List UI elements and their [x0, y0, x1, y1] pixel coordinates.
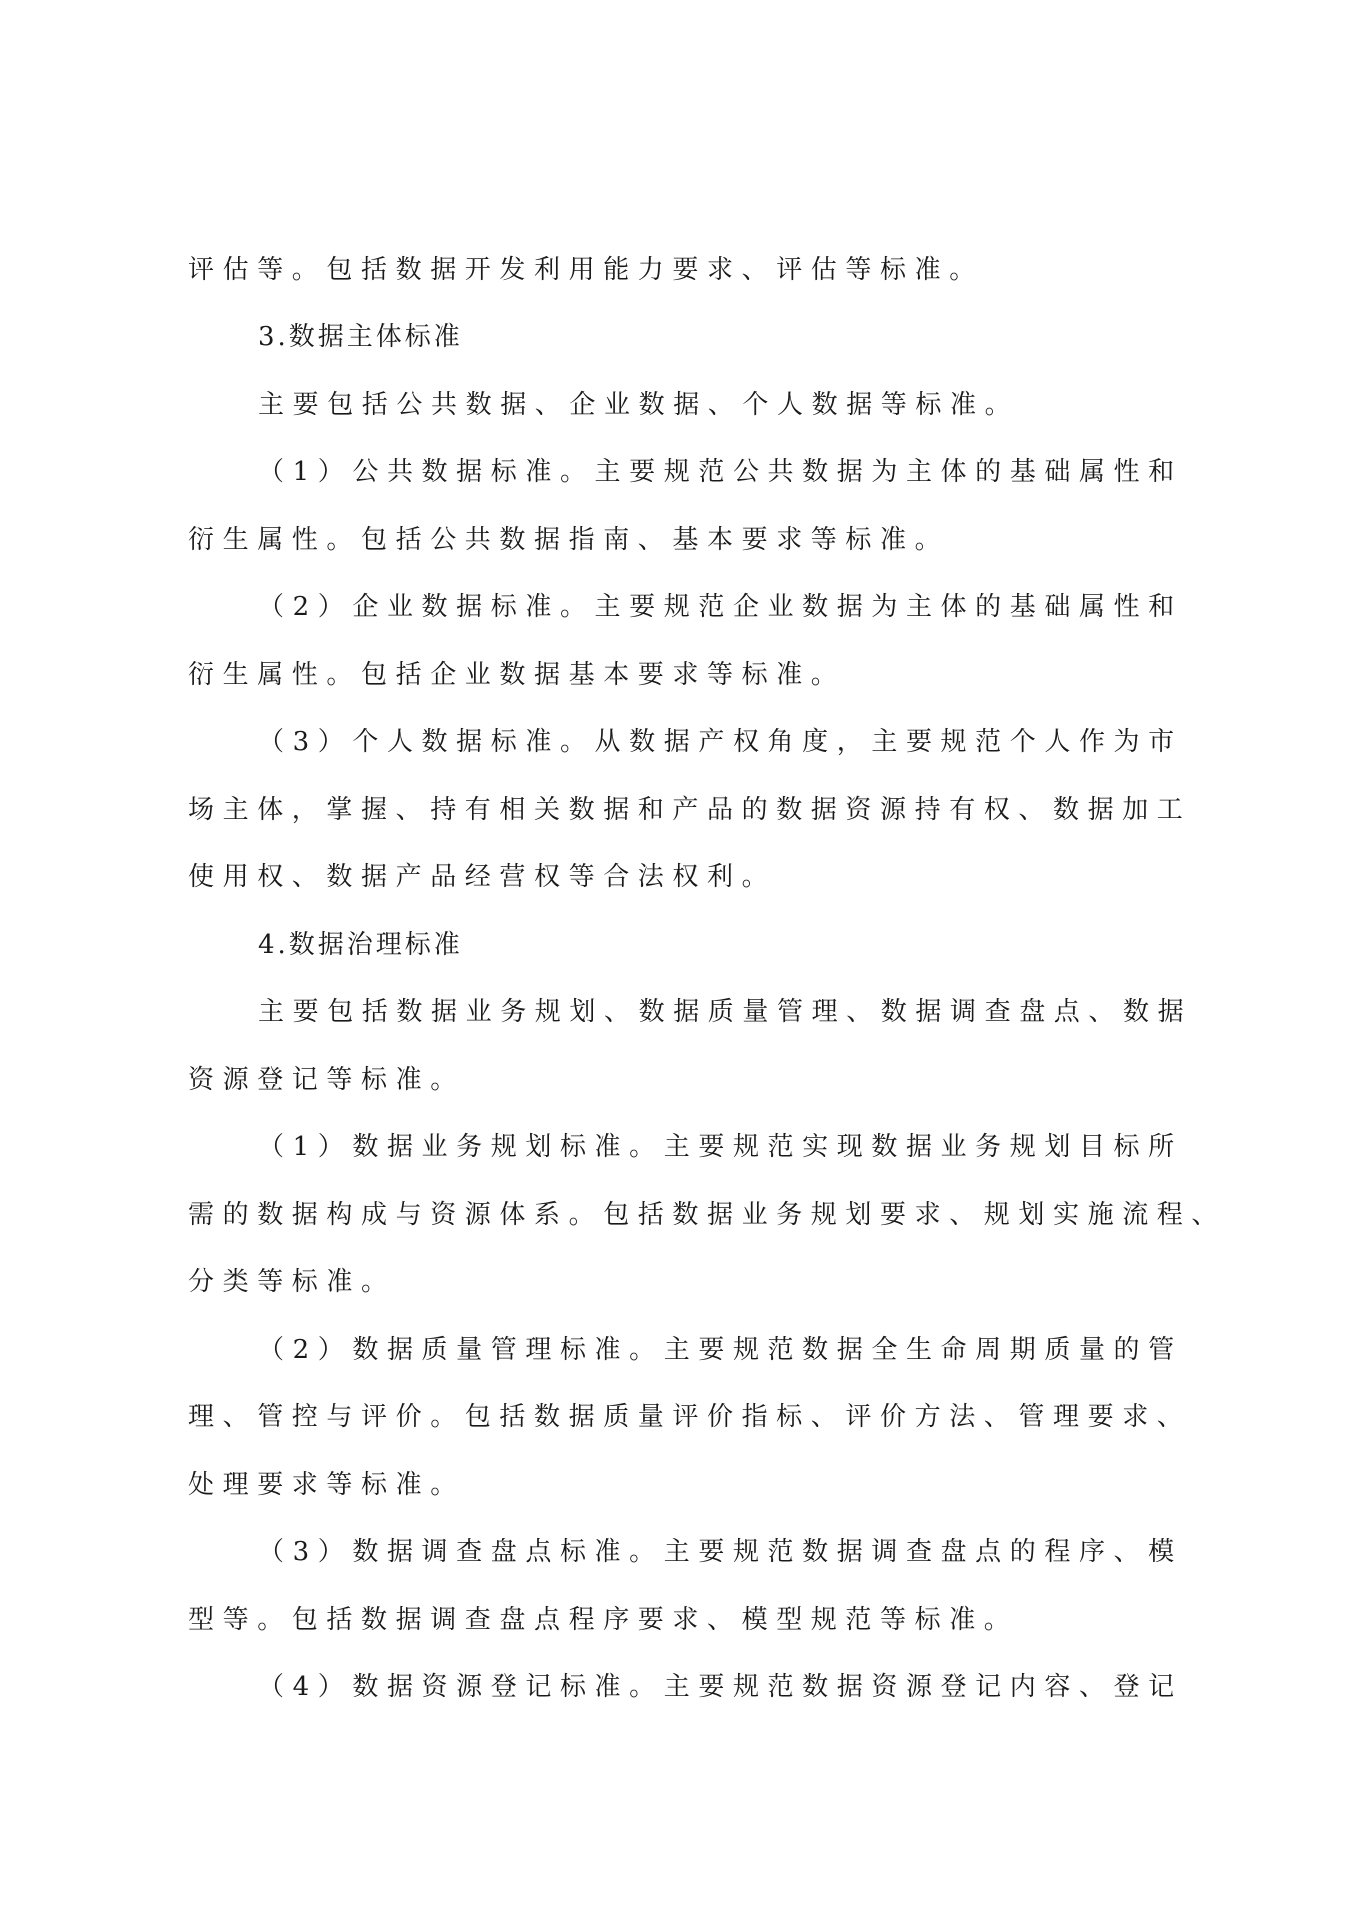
paragraph-line: （3）数据调查盘点标准。主要规范数据调查盘点的程序、模: [258, 1532, 1178, 1572]
paragraph-line: （4）数据资源登记标准。主要规范数据资源登记内容、登记: [258, 1667, 1178, 1707]
paragraph-line: 型等。包括数据调查盘点程序要求、模型规范等标准。: [188, 1600, 1178, 1640]
paragraph-line: （3）个人数据标准。从数据产权角度，主要规范个人作为市: [258, 722, 1178, 762]
paragraph-line: 场主体，掌握、持有相关数据和产品的数据资源持有权、数据加工: [188, 790, 1178, 830]
paragraph-line: 理、管控与评价。包括数据质量评价指标、评价方法、管理要求、: [188, 1397, 1178, 1437]
paragraph-line: 处理要求等标准。: [188, 1465, 1178, 1505]
section-heading: 4.数据治理标准: [258, 925, 1178, 965]
paragraph-line: （2）企业数据标准。主要规范企业数据为主体的基础属性和: [258, 587, 1178, 627]
document-page: 评估等。包括数据开发利用能力要求、评估等标准。 3.数据主体标准 主要包括公共数…: [0, 0, 1366, 1932]
paragraph-line: 主要包括数据业务规划、数据质量管理、数据调查盘点、数据: [258, 992, 1178, 1032]
paragraph-line: 使用权、数据产品经营权等合法权利。: [188, 857, 1178, 897]
paragraph-line: 衍生属性。包括公共数据指南、基本要求等标准。: [188, 520, 1178, 560]
paragraph-line: 评估等。包括数据开发利用能力要求、评估等标准。: [188, 250, 1178, 290]
paragraph-line: 衍生属性。包括企业数据基本要求等标准。: [188, 655, 1178, 695]
paragraph-line: （2）数据质量管理标准。主要规范数据全生命周期质量的管: [258, 1330, 1178, 1370]
paragraph-line: （1）公共数据标准。主要规范公共数据为主体的基础属性和: [258, 452, 1178, 492]
paragraph-line: 资源登记等标准。: [188, 1060, 1178, 1100]
paragraph-line: 需的数据构成与资源体系。包括数据业务规划要求、规划实施流程、: [188, 1195, 1178, 1235]
section-heading: 3.数据主体标准: [258, 317, 1178, 357]
paragraph-line: 分类等标准。: [188, 1262, 1178, 1302]
paragraph-line: 主要包括公共数据、企业数据、个人数据等标准。: [258, 385, 1178, 425]
paragraph-line: （1）数据业务规划标准。主要规范实现数据业务规划目标所: [258, 1127, 1178, 1167]
